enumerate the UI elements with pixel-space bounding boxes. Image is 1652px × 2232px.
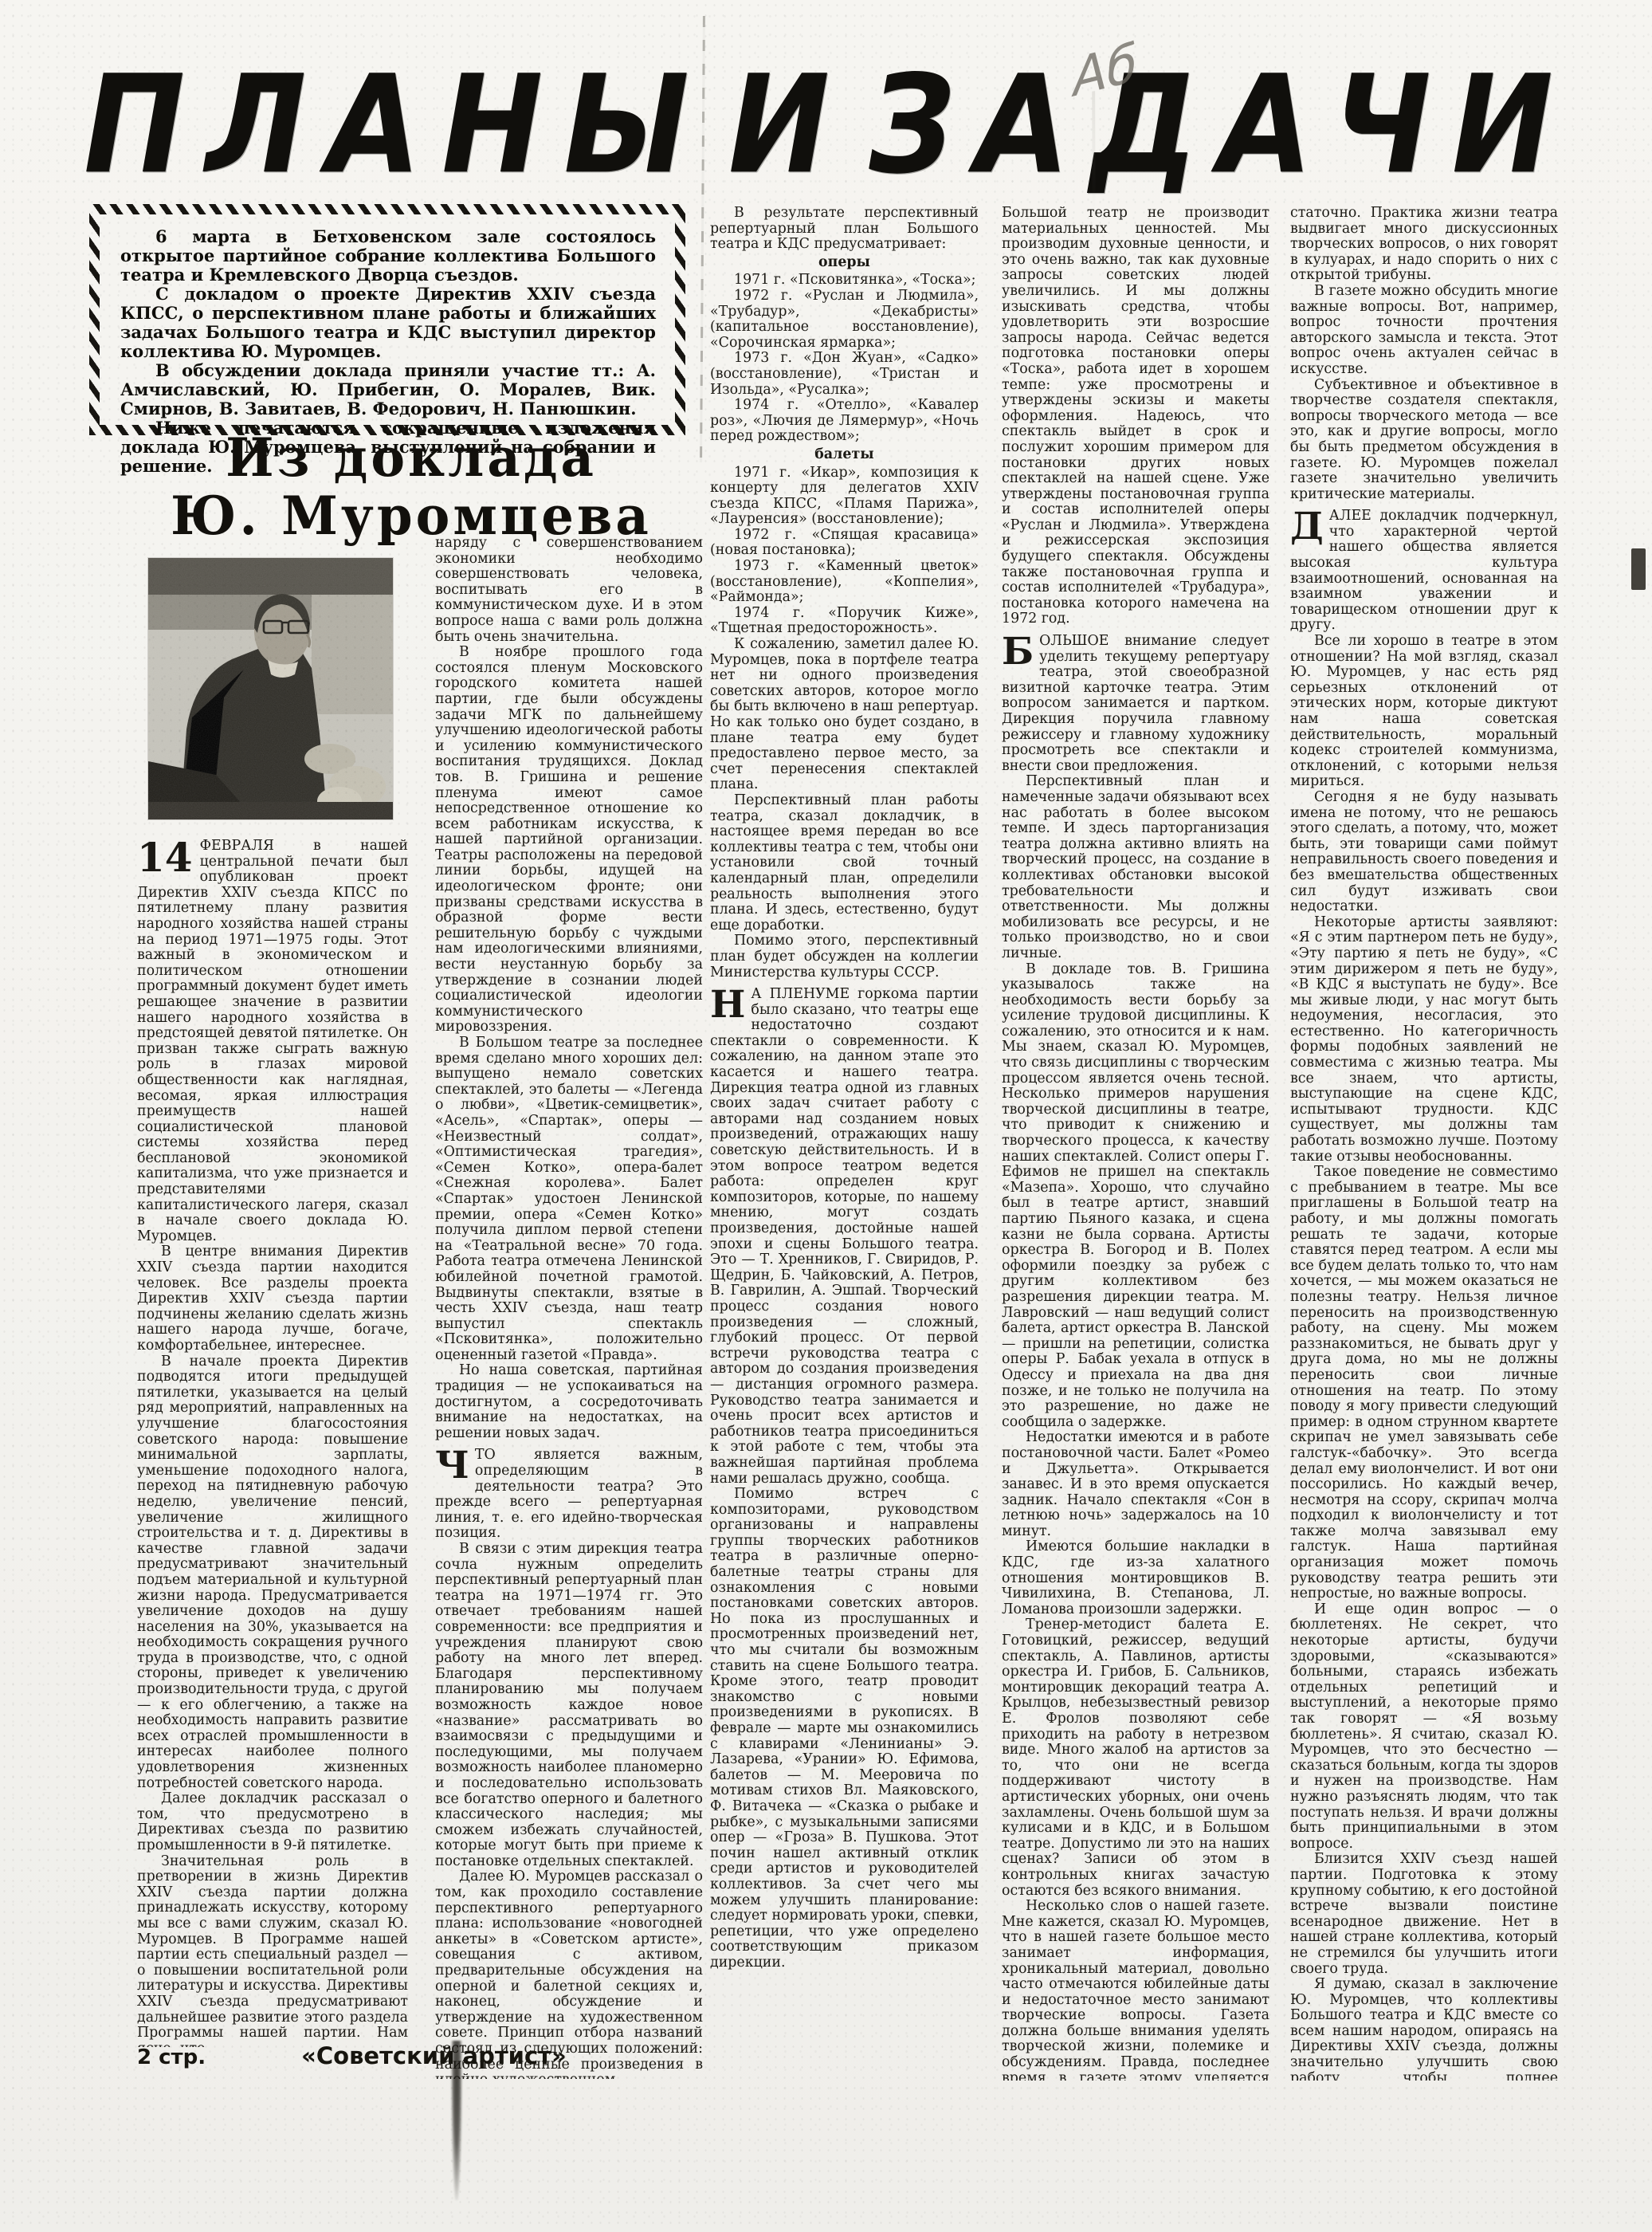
paragraph: Имеются большие накладки в КДС, где из-з… (1002, 1539, 1269, 1617)
body-column-2: наряду с совершенствованием экономики не… (435, 536, 703, 2079)
paragraph: В Большом театре за последнее время сдел… (435, 1035, 703, 1363)
paragraph: Некоторые артисты заявляют: «Я с этим па… (1290, 915, 1558, 1165)
paragraph: Сегодня я не буду называть имена не пото… (1290, 790, 1558, 915)
paragraph: Далее докладчик рассказал о том, что пре… (137, 1791, 408, 1853)
edge-ink-mark (1631, 548, 1646, 590)
page-headline: ПЛАНЫ И ЗАДАЧИ (84, 54, 1574, 195)
paragraph: Помимо этого, перспективный план будет о… (710, 933, 979, 980)
paragraph: Тренер-методист балета Е. Готовицкий, ре… (1002, 1617, 1269, 1899)
newspaper-page: Аб ПЛАНЫ И ЗАДАЧИ 6 марта в Бетховенском… (0, 0, 1652, 2232)
paragraph: Но наша советская, партийная традиция — … (435, 1363, 703, 1441)
drop-cap: Д (1290, 511, 1324, 543)
paragraph: Большой театр не производит материальных… (1002, 206, 1269, 627)
paragraph: НА ПЛЕНУМЕ горкома партии было сказано, … (710, 987, 979, 1487)
paragraph: Несколько слов о нашей газете. Мне кажет… (1002, 1899, 1269, 2081)
paragraph: наряду с совершенствованием экономики не… (435, 536, 703, 645)
paragraph: 1973 г. «Дон Жуан», «Садко» (восстановле… (710, 351, 979, 398)
paragraph: Все ли хорошо в театре в этом отношении?… (1290, 634, 1558, 790)
photo-muromtsev (148, 558, 393, 819)
paragraph: 1974 г. «Поручик Киже», «Тщетная предост… (710, 606, 979, 637)
paragraph: Перспективный план и намеченные задачи о… (1002, 774, 1269, 961)
drop-cap: Н (710, 989, 745, 1021)
drop-cap: Ч (435, 1450, 469, 1482)
paragraph: В начале проекта Директив подводятся ито… (137, 1354, 408, 1792)
paragraph: И еще один вопрос — о бюллетенях. Не сек… (1290, 1602, 1558, 1853)
article-title-line: Из доклада (137, 428, 685, 489)
paragraph: К сожалению, заметил далее Ю. Муромцев, … (710, 637, 979, 793)
paragraph: 1972 г. «Руслан и Людмила», «Трубадур», … (710, 289, 979, 351)
drop-number: 14 (137, 840, 193, 875)
article-title: Из доклада Ю. Муромцева (137, 429, 685, 545)
drop-cap: Б (1002, 636, 1034, 668)
paragraph: 14ФЕВРАЛЯ в нашей центральной печати был… (137, 839, 408, 1244)
paragraph: Субъективное и объективное в творчестве … (1290, 378, 1558, 503)
paragraph: БОЛЬШОЕ внимание следует уделить текущем… (1002, 634, 1269, 774)
intro-paragraph: В обсуждении доклада приняли участие тт.… (120, 361, 656, 418)
paragraph: статочно. Практика жизни театра выдвигае… (1290, 206, 1558, 284)
body-column-1: 14ФЕВРАЛЯ в нашей центральной печати был… (137, 839, 408, 2047)
paragraph: Я думаю, сказал в заключение Ю. Муромцев… (1290, 1977, 1558, 2081)
newspaper-name: «Советский артист» (301, 2042, 567, 2069)
paragraph: ДАЛЕЕ докладчик подчеркнул, что характер… (1290, 509, 1558, 634)
paragraph: Перспективный план работы театра, сказал… (710, 793, 979, 933)
intro-paragraph: С докладом о проекте Директив XXIV съезд… (120, 285, 656, 361)
ink-smudge (451, 2041, 462, 2200)
paragraph: 1972 г. «Спящая красавица» (новая постан… (710, 528, 979, 559)
body-column-5: статочно. Практика жизни театра выдвигае… (1290, 206, 1558, 2081)
column-subhead: оперы (710, 255, 979, 271)
paragraph: В связи с этим дирекция театра сочла нуж… (435, 1542, 703, 1869)
paragraph: В ноябре прошлого года состоялся пленум … (435, 645, 703, 1035)
paragraph: В докладе тов. В. Гришина указывалось та… (1002, 962, 1269, 1431)
headline-word: И (728, 45, 850, 203)
paragraph: Недостатки имеются и в работе постановоч… (1002, 1430, 1269, 1539)
paragraph: 1971 г. «Псковитянка», «Тоска»; (710, 273, 979, 289)
paragraph: Значительная роль в претворении в жизнь … (137, 1854, 408, 2047)
intro-paragraph: 6 марта в Бетховенском зале состоялось о… (120, 227, 656, 285)
body-column-4: Большой театр не производит материальных… (1002, 206, 1269, 2081)
page-footer: 2 стр. «Советский артист» (137, 2042, 695, 2069)
paragraph: Близится XXIV съезд нашей партии. Подгот… (1290, 1852, 1558, 1977)
page-number: 2 стр. (137, 2045, 206, 2069)
paragraph: Такое поведение не совместимо с пребыван… (1290, 1165, 1558, 1602)
intro-box: 6 марта в Бетховенском зале состоялось о… (89, 204, 685, 435)
headline-word: ЗАДАЧИ (869, 45, 1574, 203)
body-column-3: В результате перспективный репертуарный … (710, 206, 979, 2081)
paragraph: ЧТО является важным, определяющим в деят… (435, 1448, 703, 1542)
paragraph: Помимо встреч с композиторами, руководст… (710, 1487, 979, 1971)
paragraph: В результате перспективный репертуарный … (710, 206, 979, 253)
column-subhead: балеты (710, 447, 979, 463)
paragraph: В газете можно обсудить многие важные во… (1290, 284, 1558, 378)
paragraph: 1974 г. «Отелло», «Кавалер роз», «Лючия … (710, 398, 979, 445)
paragraph: В центре внимания Директив XXIV съезда п… (137, 1244, 408, 1354)
headline-word: ПЛАНЫ (84, 45, 710, 203)
paragraph: 1973 г. «Каменный цветок» (восстановлени… (710, 559, 979, 606)
paragraph: 1971 г. «Икар», композиция к концерту дл… (710, 466, 979, 528)
